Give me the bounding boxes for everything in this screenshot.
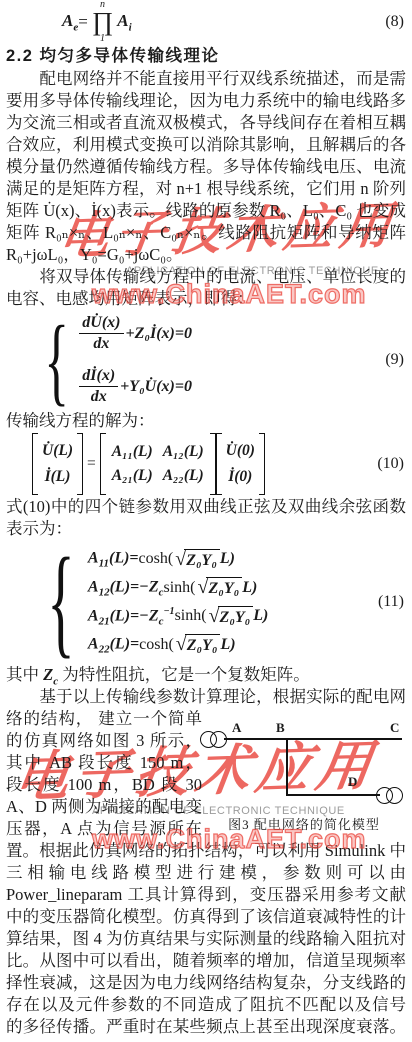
watermark-site-url-2: www.ChinaAET.com	[92, 824, 367, 855]
watermark-site-url-1: www.ChinaAET.com	[92, 279, 367, 310]
page-root: 电子技术应用 APPLICATION OF ELECTRONIC TECHNIQ…	[0, 0, 412, 1042]
watermark-layer-over: www.ChinaAET.com www.ChinaAET.com	[0, 0, 412, 1042]
